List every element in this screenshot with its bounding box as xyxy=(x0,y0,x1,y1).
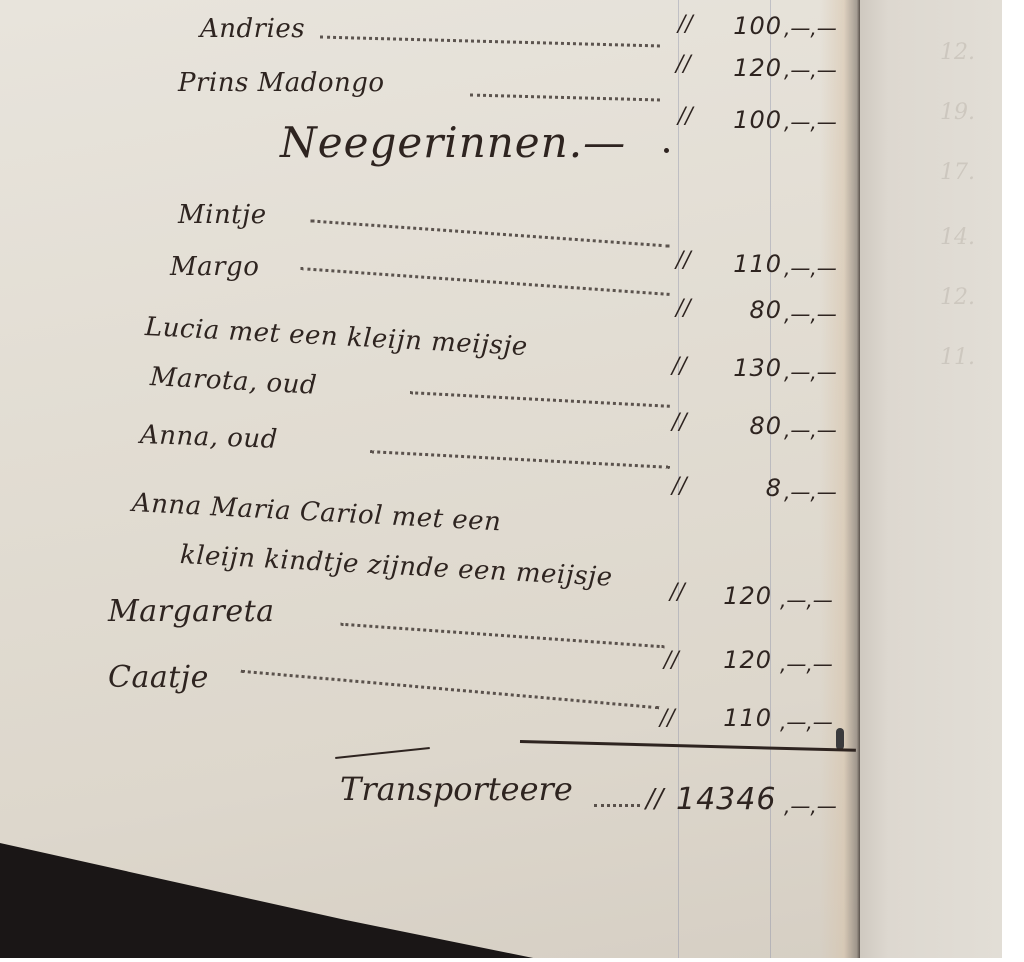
ditto-mark: // xyxy=(676,52,691,77)
bleed-through-text: 11. xyxy=(940,345,975,370)
entry-name: Margo xyxy=(170,252,259,282)
entry-amount: 130 xyxy=(712,354,782,382)
ditto-mark: // xyxy=(672,474,687,499)
entry-amount: 8 xyxy=(712,474,782,502)
entry-name: Prins Madongo xyxy=(178,68,385,98)
entry-amount: 120 xyxy=(702,646,772,674)
facing-page: 12. 19. 17. 14. 12. 11. xyxy=(860,0,1002,958)
amount-tail: ,—,— xyxy=(780,652,833,676)
ditto-mark: // xyxy=(670,580,685,605)
amount-tail: ,—,— xyxy=(784,16,837,40)
entry-amount: 100 xyxy=(712,106,782,134)
entry-name: Mintje xyxy=(178,200,267,230)
entry-name: Margareta xyxy=(108,594,275,629)
entry-name: Andries xyxy=(200,14,305,44)
entry-amount: 110 xyxy=(712,250,782,278)
ink-speck xyxy=(664,148,669,153)
bleed-through-text: 14. xyxy=(940,225,975,250)
amount-tail: ,—,— xyxy=(780,588,833,612)
entry-amount: 100 xyxy=(712,12,782,40)
amount-tail: ,—,— xyxy=(784,480,837,504)
ditto-mark: // xyxy=(678,12,693,37)
amount-tail: ,—,— xyxy=(784,110,837,134)
ink-blot xyxy=(836,728,844,750)
ditto-mark: // xyxy=(664,648,679,673)
section-heading: Neegerinnen.— xyxy=(280,118,626,167)
leader-dots xyxy=(594,804,640,807)
amount-tail: ,—,— xyxy=(784,418,837,442)
entry-amount: 120 xyxy=(712,54,782,82)
ditto-mark: // xyxy=(646,784,664,814)
amount-tail: ,—,— xyxy=(784,302,837,326)
total-value: 14346 xyxy=(676,782,776,817)
bleed-through-text: 17. xyxy=(940,160,975,185)
ditto-mark: // xyxy=(676,296,691,321)
bleed-through-text: 12. xyxy=(940,40,975,65)
entry-name: Anna, oud xyxy=(139,420,278,455)
bleed-through-text: 19. xyxy=(940,100,975,125)
entry-amount: 80 xyxy=(712,412,782,440)
amount-tail: ,—,— xyxy=(784,794,837,818)
ditto-mark: // xyxy=(672,354,687,379)
ditto-mark: // xyxy=(672,410,687,435)
total-label: Transporteere xyxy=(340,770,573,808)
entry-amount: 120 xyxy=(702,582,772,610)
ditto-mark: // xyxy=(678,104,693,129)
ledger-photo: 12. 19. 17. 14. 12. 11. Andries // 100 ,… xyxy=(0,0,1002,958)
ditto-mark: // xyxy=(676,248,691,273)
bleed-through-text: 12. xyxy=(940,285,975,310)
amount-tail: ,—,— xyxy=(784,256,837,280)
amount-tail: ,—,— xyxy=(780,710,833,734)
entry-amount: 80 xyxy=(712,296,782,324)
amount-tail: ,—,— xyxy=(784,58,837,82)
amount-tail: ,—,— xyxy=(784,360,837,384)
entry-amount: 110 xyxy=(702,704,772,732)
entry-name: Caatje xyxy=(108,660,209,695)
ditto-mark: // xyxy=(660,706,675,731)
